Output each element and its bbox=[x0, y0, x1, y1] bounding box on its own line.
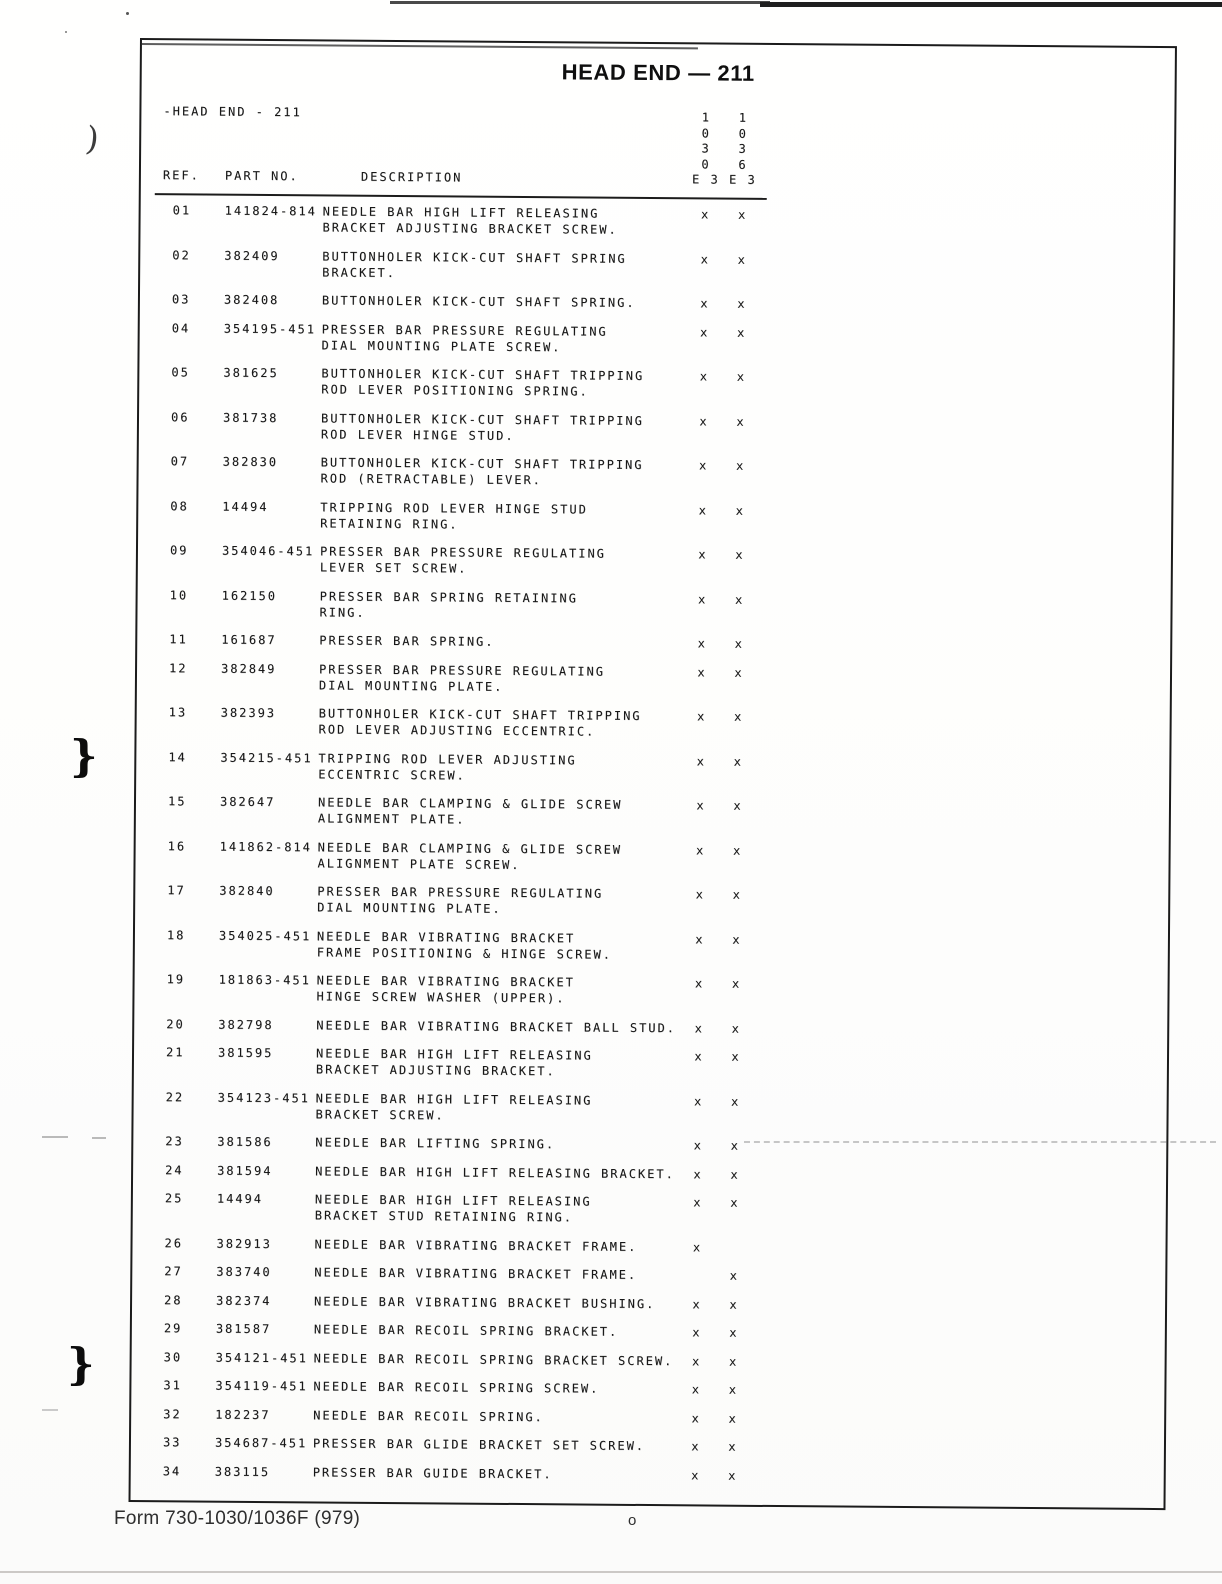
table-row: 01141824-814NEEDLE BAR HIGH LIFT RELEASI… bbox=[140, 202, 1169, 242]
row-part-no: 382840 bbox=[219, 883, 274, 899]
document-page: HEAD END — 211 -HEAD END - 211 1030E 310… bbox=[129, 38, 1177, 1510]
table-row: 0814494TRIPPING ROD LEVER HINGE STUDRETA… bbox=[138, 498, 1167, 538]
row-mark-1036e3: x bbox=[722, 324, 762, 340]
row-part-no: 141862-814 bbox=[220, 838, 312, 855]
table-row: 14354215-451TRIPPING ROD LEVER ADJUSTING… bbox=[136, 748, 1165, 788]
row-ref: 25 bbox=[165, 1190, 184, 1206]
row-description-line: LEVER SET SCREW. bbox=[320, 559, 690, 578]
row-description: NEEDLE BAR LIFTING SPRING. bbox=[315, 1134, 685, 1153]
page-title: HEAD END — 211 bbox=[142, 56, 1175, 90]
row-mark-1036e3: x bbox=[718, 842, 758, 858]
row-ref: 24 bbox=[165, 1162, 184, 1178]
row-ref: 22 bbox=[166, 1089, 185, 1105]
row-mark-1030e3: x bbox=[680, 975, 720, 991]
row-mark-1036e3: x bbox=[719, 636, 759, 652]
table-row: 19181863-451NEEDLE BAR VIBRATING BRACKET… bbox=[134, 971, 1163, 1011]
row-mark-1030e3: x bbox=[682, 635, 722, 651]
row-description-line: ALIGNMENT PLATE SCREW. bbox=[317, 855, 687, 874]
pen-mark: ) bbox=[84, 121, 101, 155]
row-part-no: 381586 bbox=[217, 1134, 272, 1150]
row-mark-1030e3: x bbox=[684, 457, 724, 473]
scan-artifact bbox=[65, 31, 67, 33]
row-description: PRESSER BAR SPRING. bbox=[319, 632, 689, 651]
scan-artifact bbox=[0, 1571, 1222, 1573]
row-mark-1036e3: x bbox=[714, 1325, 754, 1341]
model-column-char: 6 bbox=[723, 157, 763, 173]
row-mark-1036e3: x bbox=[720, 502, 760, 518]
model-column-char: 1 bbox=[686, 110, 726, 126]
row-description-line: BRACKET. bbox=[322, 264, 692, 283]
row-part-no: 381738 bbox=[223, 409, 278, 425]
model-column-char: 0 bbox=[723, 126, 763, 142]
row-mark-1036e3: x bbox=[720, 547, 760, 563]
scan-artifact bbox=[42, 1409, 58, 1411]
row-part-no: 181863-451 bbox=[219, 972, 311, 989]
table-row: 05381625BUTTONHOLER KICK-CUT SHAFT TRIPP… bbox=[139, 364, 1168, 404]
row-mark-1030e3: x bbox=[682, 708, 722, 724]
row-ref: 04 bbox=[172, 320, 191, 336]
row-part-no: 383740 bbox=[216, 1264, 271, 1280]
row-mark-1030e3: x bbox=[678, 1166, 718, 1182]
row-part-no: 354215-451 bbox=[220, 749, 312, 766]
row-part-no: 382647 bbox=[220, 794, 275, 810]
row-mark-1036e3: x bbox=[714, 1296, 754, 1312]
row-mark-1030e3: x bbox=[681, 797, 721, 813]
row-part-no: 354121-451 bbox=[216, 1349, 308, 1366]
row-description-line: ROD LEVER ADJUSTING ECCENTRIC. bbox=[319, 721, 689, 740]
row-mark-1030e3: x bbox=[679, 1020, 719, 1036]
row-ref: 34 bbox=[163, 1463, 182, 1479]
row-mark-1036e3: x bbox=[713, 1410, 753, 1426]
row-mark-1036e3: x bbox=[713, 1467, 753, 1483]
row-part-no: 382393 bbox=[221, 705, 276, 721]
row-part-no: 381594 bbox=[217, 1162, 272, 1178]
row-mark-1030e3: x bbox=[678, 1137, 718, 1153]
row-mark-1036e3: x bbox=[723, 207, 763, 223]
scan-artifact bbox=[744, 1141, 1216, 1143]
scanned-page: ) } } HEAD END — 211 -HEAD END - 211 103… bbox=[0, 0, 1222, 1584]
table-row: 20382798NEEDLE BAR VIBRATING BRACKET BAL… bbox=[134, 1015, 1163, 1039]
row-description: BUTTONHOLER KICK-CUT SHAFT TRIPPINGROD (… bbox=[320, 454, 690, 489]
row-description: PRESSER BAR PRESSURE REGULATINGDIAL MOUN… bbox=[322, 321, 692, 356]
table-row: 18354025-451NEEDLE BAR VIBRATING BRACKET… bbox=[135, 926, 1164, 966]
row-ref: 28 bbox=[164, 1292, 183, 1308]
row-description: BUTTONHOLER KICK-CUT SHAFT TRIPPINGROD L… bbox=[321, 410, 691, 445]
table-row: 03382408BUTTONHOLER KICK-CUT SHAFT SPRIN… bbox=[140, 291, 1169, 315]
table-row: 06381738BUTTONHOLER KICK-CUT SHAFT TRIPP… bbox=[139, 409, 1168, 449]
row-mark-1036e3: x bbox=[717, 931, 757, 947]
row-ref: 33 bbox=[163, 1434, 182, 1450]
row-part-no: 382849 bbox=[221, 660, 276, 676]
scan-artifact bbox=[42, 1136, 68, 1138]
row-description: BUTTONHOLER KICK-CUT SHAFT SPRINGBRACKET… bbox=[322, 248, 692, 283]
row-part-no: 354123-451 bbox=[218, 1089, 310, 1106]
row-ref: 16 bbox=[168, 838, 187, 854]
row-ref: 13 bbox=[169, 704, 188, 720]
row-ref: 30 bbox=[164, 1349, 183, 1365]
row-mark-1036e3: x bbox=[719, 664, 759, 680]
row-ref: 19 bbox=[167, 971, 186, 987]
row-description-line: RETAINING RING. bbox=[320, 515, 690, 534]
row-mark-1030e3: x bbox=[680, 931, 720, 947]
row-description: BUTTONHOLER KICK-CUT SHAFT TRIPPINGROD L… bbox=[319, 705, 689, 740]
table-row: 12382849PRESSER BAR PRESSURE REGULATINGD… bbox=[137, 659, 1166, 699]
row-ref: 15 bbox=[168, 793, 187, 809]
table-row: 07382830BUTTONHOLER KICK-CUT SHAFT TRIPP… bbox=[138, 453, 1167, 493]
row-mark-1030e3: x bbox=[677, 1239, 717, 1255]
row-description: BUTTONHOLER KICK-CUT SHAFT TRIPPINGROD L… bbox=[321, 365, 691, 400]
row-mark-1036e3: x bbox=[714, 1268, 754, 1284]
row-description: TRIPPING ROD LEVER HINGE STUDRETAINING R… bbox=[320, 499, 690, 534]
table-row: 04354195-451PRESSER BAR PRESSURE REGULAT… bbox=[140, 320, 1169, 360]
table-row: 32182237NEEDLE BAR RECOIL SPRING.xx bbox=[131, 1405, 1160, 1429]
row-ref: 21 bbox=[166, 1044, 185, 1060]
parts-table: 01141824-814NEEDLE BAR HIGH LIFT RELEASI… bbox=[131, 202, 1170, 1499]
row-mark-1036e3: x bbox=[718, 753, 758, 769]
row-description-line: PRESSER BAR SPRING RETAINING bbox=[320, 588, 690, 607]
row-part-no: 354046-451 bbox=[222, 543, 314, 560]
row-description: NEEDLE BAR VIBRATING BRACKETFRAME POSITI… bbox=[317, 928, 687, 963]
row-mark-1036e3: x bbox=[715, 1195, 755, 1211]
row-ref: 31 bbox=[163, 1377, 182, 1393]
row-description: NEEDLE BAR HIGH LIFT RELEASINGBRACKET SC… bbox=[315, 1090, 685, 1125]
row-ref: 11 bbox=[169, 631, 188, 647]
row-mark-1030e3: x bbox=[685, 251, 725, 267]
row-mark-1036e3: x bbox=[721, 413, 761, 429]
row-ref: 02 bbox=[172, 247, 191, 263]
table-row: 21381595NEEDLE BAR HIGH LIFT RELEASINGBR… bbox=[134, 1044, 1163, 1084]
row-description-line: PRESSER BAR GLIDE BRACKET SET SCREW. bbox=[313, 1435, 683, 1454]
row-part-no: 381587 bbox=[216, 1321, 271, 1337]
row-ref: 32 bbox=[163, 1406, 182, 1422]
row-part-no: 354025-451 bbox=[219, 927, 311, 944]
row-mark-1030e3: x bbox=[683, 546, 723, 562]
row-mark-1036e3: x bbox=[716, 1049, 756, 1065]
row-description: NEEDLE BAR RECOIL SPRING BRACKET SCREW. bbox=[314, 1350, 684, 1369]
row-description-line: NEEDLE BAR VIBRATING BRACKET BUSHING. bbox=[314, 1293, 684, 1312]
column-header-description: DESCRIPTION bbox=[361, 170, 463, 185]
column-header-ref: REF. bbox=[163, 168, 200, 182]
row-part-no: 381595 bbox=[218, 1045, 273, 1061]
row-description-line: NEEDLE BAR LIFTING SPRING. bbox=[315, 1134, 685, 1153]
row-part-no: 382913 bbox=[216, 1235, 271, 1251]
table-row: 23381586NEEDLE BAR LIFTING SPRING.xx bbox=[133, 1133, 1162, 1157]
row-mark-1030e3: x bbox=[686, 206, 726, 222]
row-description-line: PRESSER BAR GUIDE BRACKET. bbox=[313, 1464, 683, 1483]
row-part-no: 382409 bbox=[224, 247, 279, 263]
scan-artifact bbox=[92, 1137, 106, 1139]
row-mark-1030e3: x bbox=[676, 1381, 716, 1397]
row-mark-1030e3: x bbox=[684, 368, 724, 384]
row-description: NEEDLE BAR HIGH LIFT RELEASINGBRACKET AD… bbox=[322, 203, 692, 238]
row-ref: 06 bbox=[171, 409, 190, 425]
scan-artifact bbox=[126, 12, 129, 15]
row-mark-1036e3: x bbox=[716, 1020, 756, 1036]
row-mark-1036e3: x bbox=[722, 251, 762, 267]
row-description: BUTTONHOLER KICK-CUT SHAFT SPRING. bbox=[322, 292, 692, 311]
row-description-line: ECCENTRIC SCREW. bbox=[318, 766, 688, 785]
row-description-line: FRAME POSITIONING & HINGE SCREW. bbox=[317, 944, 687, 963]
row-ref: 29 bbox=[164, 1320, 183, 1336]
row-ref: 17 bbox=[167, 882, 186, 898]
table-row: 26382913NEEDLE BAR VIBRATING BRACKET FRA… bbox=[132, 1234, 1161, 1258]
row-part-no: 354195-451 bbox=[224, 320, 316, 337]
scan-artifact bbox=[390, 1, 770, 4]
row-mark-1030e3: x bbox=[679, 1093, 719, 1109]
row-description-line: PRESSER BAR SPRING. bbox=[319, 632, 689, 651]
row-mark-1036e3: x bbox=[713, 1382, 753, 1398]
row-description: NEEDLE BAR VIBRATING BRACKET BALL STUD. bbox=[316, 1017, 686, 1036]
table-row: 29381587NEEDLE BAR RECOIL SPRING BRACKET… bbox=[132, 1320, 1161, 1344]
row-ref: 08 bbox=[170, 498, 189, 514]
row-mark-1036e3: x bbox=[718, 798, 758, 814]
row-description: NEEDLE BAR VIBRATING BRACKET FRAME. bbox=[314, 1264, 684, 1283]
model-column-char: 0 bbox=[686, 157, 726, 173]
row-description: NEEDLE BAR HIGH LIFT RELEASINGBRACKET ST… bbox=[315, 1191, 685, 1226]
row-ref: 20 bbox=[166, 1016, 185, 1032]
row-description: PRESSER BAR GUIDE BRACKET. bbox=[313, 1464, 683, 1483]
row-mark-1030e3: x bbox=[677, 1353, 717, 1369]
row-mark-1030e3: x bbox=[680, 886, 720, 902]
row-description-line: DIAL MOUNTING PLATE SCREW. bbox=[322, 337, 692, 356]
row-ref: 18 bbox=[167, 927, 186, 943]
row-description: PRESSER BAR SPRING RETAININGRING. bbox=[319, 588, 689, 623]
row-part-no: 382798 bbox=[218, 1016, 273, 1032]
table-row: 10162150PRESSER BAR SPRING RETAININGRING… bbox=[137, 586, 1166, 626]
row-part-no: 382408 bbox=[224, 292, 279, 308]
table-row: 17382840PRESSER BAR PRESSURE REGULATINGD… bbox=[135, 882, 1164, 922]
row-description-line: DIAL MOUNTING PLATE. bbox=[319, 677, 689, 696]
pen-mark: } bbox=[70, 736, 98, 779]
row-description: NEEDLE BAR VIBRATING BRACKETHINGE SCREW … bbox=[316, 972, 686, 1007]
row-mark-1036e3: x bbox=[719, 709, 759, 725]
table-column-headers: REF. PART NO. DESCRIPTION bbox=[141, 168, 1174, 192]
page-mark: o bbox=[628, 1512, 636, 1529]
scan-artifact bbox=[142, 43, 698, 49]
row-description-line: NEEDLE BAR RECOIL SPRING BRACKET SCREW. bbox=[314, 1350, 684, 1369]
table-row: 2514494NEEDLE BAR HIGH LIFT RELEASINGBRA… bbox=[133, 1190, 1162, 1230]
row-description-line: BRACKET SCREW. bbox=[315, 1106, 685, 1125]
row-description: NEEDLE BAR CLAMPING & GLIDE SCREWALIGNME… bbox=[318, 794, 688, 829]
row-mark-1030e3: x bbox=[681, 842, 721, 858]
page-subtitle: -HEAD END - 211 bbox=[163, 104, 301, 119]
row-ref: 12 bbox=[169, 660, 188, 676]
table-row: 11161687PRESSER BAR SPRING.xx bbox=[137, 631, 1166, 655]
row-description-line: BRACKET ADJUSTING BRACKET. bbox=[316, 1061, 686, 1080]
row-mark-1030e3: x bbox=[685, 295, 725, 311]
row-description: NEEDLE BAR VIBRATING BRACKET FRAME. bbox=[314, 1236, 684, 1255]
row-mark-1030e3: x bbox=[676, 1410, 716, 1426]
row-ref: 09 bbox=[170, 542, 189, 558]
row-description-line: NEEDLE BAR VIBRATING BRACKET FRAME. bbox=[314, 1236, 684, 1255]
row-mark-1036e3: x bbox=[714, 1353, 754, 1369]
row-mark-1036e3: x bbox=[717, 976, 757, 992]
row-part-no: 354119-451 bbox=[215, 1378, 307, 1395]
row-description: NEEDLE BAR RECOIL SPRING SCREW. bbox=[313, 1378, 683, 1397]
row-description-line: BRACKET STUD RETAINING RING. bbox=[315, 1207, 685, 1226]
row-mark-1030e3: x bbox=[677, 1296, 717, 1312]
row-description: PRESSER BAR PRESSURE REGULATINGDIAL MOUN… bbox=[319, 661, 689, 696]
row-mark-1030e3: x bbox=[677, 1324, 717, 1340]
model-column-char: 0 bbox=[686, 126, 726, 142]
row-description-line: ROD LEVER HINGE STUD. bbox=[321, 426, 691, 445]
row-description: NEEDLE BAR RECOIL SPRING BRACKET. bbox=[314, 1321, 684, 1340]
row-mark-1030e3: x bbox=[678, 1194, 718, 1210]
row-ref: 10 bbox=[170, 587, 189, 603]
row-description-line: ROD (RETRACTABLE) LEVER. bbox=[320, 470, 690, 489]
table-row: 16141862-814NEEDLE BAR CLAMPING & GLIDE … bbox=[135, 837, 1164, 877]
row-description: PRESSER BAR GLIDE BRACKET SET SCREW. bbox=[313, 1435, 683, 1454]
model-column-char: 1 bbox=[723, 111, 763, 127]
row-description-line: ROD LEVER POSITIONING SPRING. bbox=[321, 381, 691, 400]
row-ref: 05 bbox=[171, 364, 190, 380]
row-mark-1030e3: x bbox=[681, 753, 721, 769]
row-ref: 01 bbox=[173, 202, 192, 218]
header-rule bbox=[155, 193, 767, 200]
pen-mark: } bbox=[67, 1344, 95, 1387]
column-header-part-no: PART NO. bbox=[225, 169, 299, 184]
table-row: 34383115PRESSER BAR GUIDE BRACKET.xx bbox=[131, 1462, 1160, 1486]
row-mark-1030e3: x bbox=[685, 324, 725, 340]
row-mark-1036e3: x bbox=[720, 591, 760, 607]
row-mark-1036e3: x bbox=[721, 458, 761, 474]
row-description-line: NEEDLE BAR RECOIL SPRING BRACKET. bbox=[314, 1321, 684, 1340]
model-column-char: 3 bbox=[723, 142, 763, 158]
row-mark-1036e3: x bbox=[722, 296, 762, 312]
row-mark-1030e3: x bbox=[682, 664, 722, 680]
table-row: 13382393BUTTONHOLER KICK-CUT SHAFT TRIPP… bbox=[137, 704, 1166, 744]
row-mark-1030e3: x bbox=[676, 1467, 716, 1483]
table-row: 30354121-451NEEDLE BAR RECOIL SPRING BRA… bbox=[132, 1348, 1161, 1372]
row-ref: 27 bbox=[164, 1263, 183, 1279]
table-row: 33354687-451PRESSER BAR GLIDE BRACKET SE… bbox=[131, 1434, 1160, 1458]
row-description-line: NEEDLE BAR VIBRATING BRACKET FRAME. bbox=[314, 1264, 684, 1283]
row-mark-1030e3: x bbox=[679, 1048, 719, 1064]
row-description: NEEDLE BAR HIGH LIFT RELEASINGBRACKET AD… bbox=[316, 1045, 686, 1080]
row-part-no: 383115 bbox=[215, 1463, 270, 1479]
scan-artifact bbox=[760, 2, 1222, 7]
row-part-no: 161687 bbox=[221, 632, 276, 648]
row-mark-1036e3: x bbox=[717, 887, 757, 903]
row-part-no: 382374 bbox=[216, 1292, 271, 1308]
form-number: Form 730-1030/1036F (979) bbox=[114, 1508, 360, 1530]
table-row: 31354119-451NEEDLE BAR RECOIL SPRING SCR… bbox=[131, 1377, 1160, 1401]
row-mark-1036e3: x bbox=[715, 1166, 755, 1182]
row-ref: 14 bbox=[168, 749, 187, 765]
model-column-char: 3 bbox=[686, 141, 726, 157]
table-row: 02382409BUTTONHOLER KICK-CUT SHAFT SPRIN… bbox=[140, 247, 1169, 287]
table-row: 27383740NEEDLE BAR VIBRATING BRACKET FRA… bbox=[132, 1263, 1161, 1287]
row-description-line: NEEDLE BAR HIGH LIFT RELEASING BRACKET. bbox=[315, 1163, 685, 1182]
row-description-line: HINGE SCREW WASHER (UPPER). bbox=[316, 988, 686, 1007]
table-row: 22354123-451NEEDLE BAR HIGH LIFT RELEASI… bbox=[133, 1088, 1162, 1128]
table-row: 28382374NEEDLE BAR VIBRATING BRACKET BUS… bbox=[132, 1291, 1161, 1315]
row-mark-1036e3: x bbox=[721, 369, 761, 385]
row-part-no: 382830 bbox=[223, 454, 278, 470]
row-description-line: ALIGNMENT PLATE. bbox=[318, 810, 688, 829]
row-description-line: RING. bbox=[319, 604, 689, 623]
row-description: TRIPPING ROD LEVER ADJUSTINGECCENTRIC SC… bbox=[318, 750, 688, 785]
table-row: 24381594NEEDLE BAR HIGH LIFT RELEASING B… bbox=[133, 1161, 1162, 1185]
row-description: NEEDLE BAR HIGH LIFT RELEASING BRACKET. bbox=[315, 1163, 685, 1182]
row-part-no: 162150 bbox=[222, 587, 277, 603]
row-description: NEEDLE BAR VIBRATING BRACKET BUSHING. bbox=[314, 1293, 684, 1312]
row-ref: 07 bbox=[171, 453, 190, 469]
row-mark-1030e3: x bbox=[684, 413, 724, 429]
row-description-line: NEEDLE BAR RECOIL SPRING. bbox=[313, 1407, 683, 1426]
row-mark-1030e3: x bbox=[683, 591, 723, 607]
row-mark-1036e3: x bbox=[716, 1093, 756, 1109]
row-mark-1036e3: x bbox=[713, 1439, 753, 1455]
row-description-line: BUTTONHOLER KICK-CUT SHAFT SPRING. bbox=[322, 292, 692, 311]
row-part-no: 14494 bbox=[222, 498, 268, 514]
row-description: NEEDLE BAR RECOIL SPRING. bbox=[313, 1407, 683, 1426]
row-description: PRESSER BAR PRESSURE REGULATINGDIAL MOUN… bbox=[317, 883, 687, 918]
row-part-no: 14494 bbox=[217, 1191, 263, 1207]
row-description: PRESSER BAR PRESSURE REGULATINGLEVER SET… bbox=[320, 543, 690, 578]
row-part-no: 182237 bbox=[215, 1406, 270, 1422]
row-mark-1030e3: x bbox=[676, 1438, 716, 1454]
row-description: NEEDLE BAR CLAMPING & GLIDE SCREWALIGNME… bbox=[317, 839, 687, 874]
table-row: 09354046-451PRESSER BAR PRESSURE REGULAT… bbox=[138, 542, 1167, 582]
row-part-no: 141824-814 bbox=[225, 203, 317, 220]
row-ref: 03 bbox=[172, 291, 191, 307]
row-description-line: NEEDLE BAR VIBRATING BRACKET BALL STUD. bbox=[316, 1017, 686, 1036]
row-mark-1036e3: x bbox=[715, 1138, 755, 1154]
row-part-no: 354687-451 bbox=[215, 1435, 307, 1452]
row-ref: 23 bbox=[165, 1133, 184, 1149]
row-description-line: NEEDLE BAR RECOIL SPRING SCREW. bbox=[313, 1378, 683, 1397]
row-description-line: BRACKET ADJUSTING BRACKET SCREW. bbox=[322, 219, 692, 238]
row-mark-1030e3: x bbox=[683, 502, 723, 518]
table-row: 15382647NEEDLE BAR CLAMPING & GLIDE SCRE… bbox=[136, 793, 1165, 833]
row-part-no: 381625 bbox=[223, 365, 278, 381]
row-description-line: DIAL MOUNTING PLATE. bbox=[317, 899, 687, 918]
row-ref: 26 bbox=[164, 1235, 183, 1251]
